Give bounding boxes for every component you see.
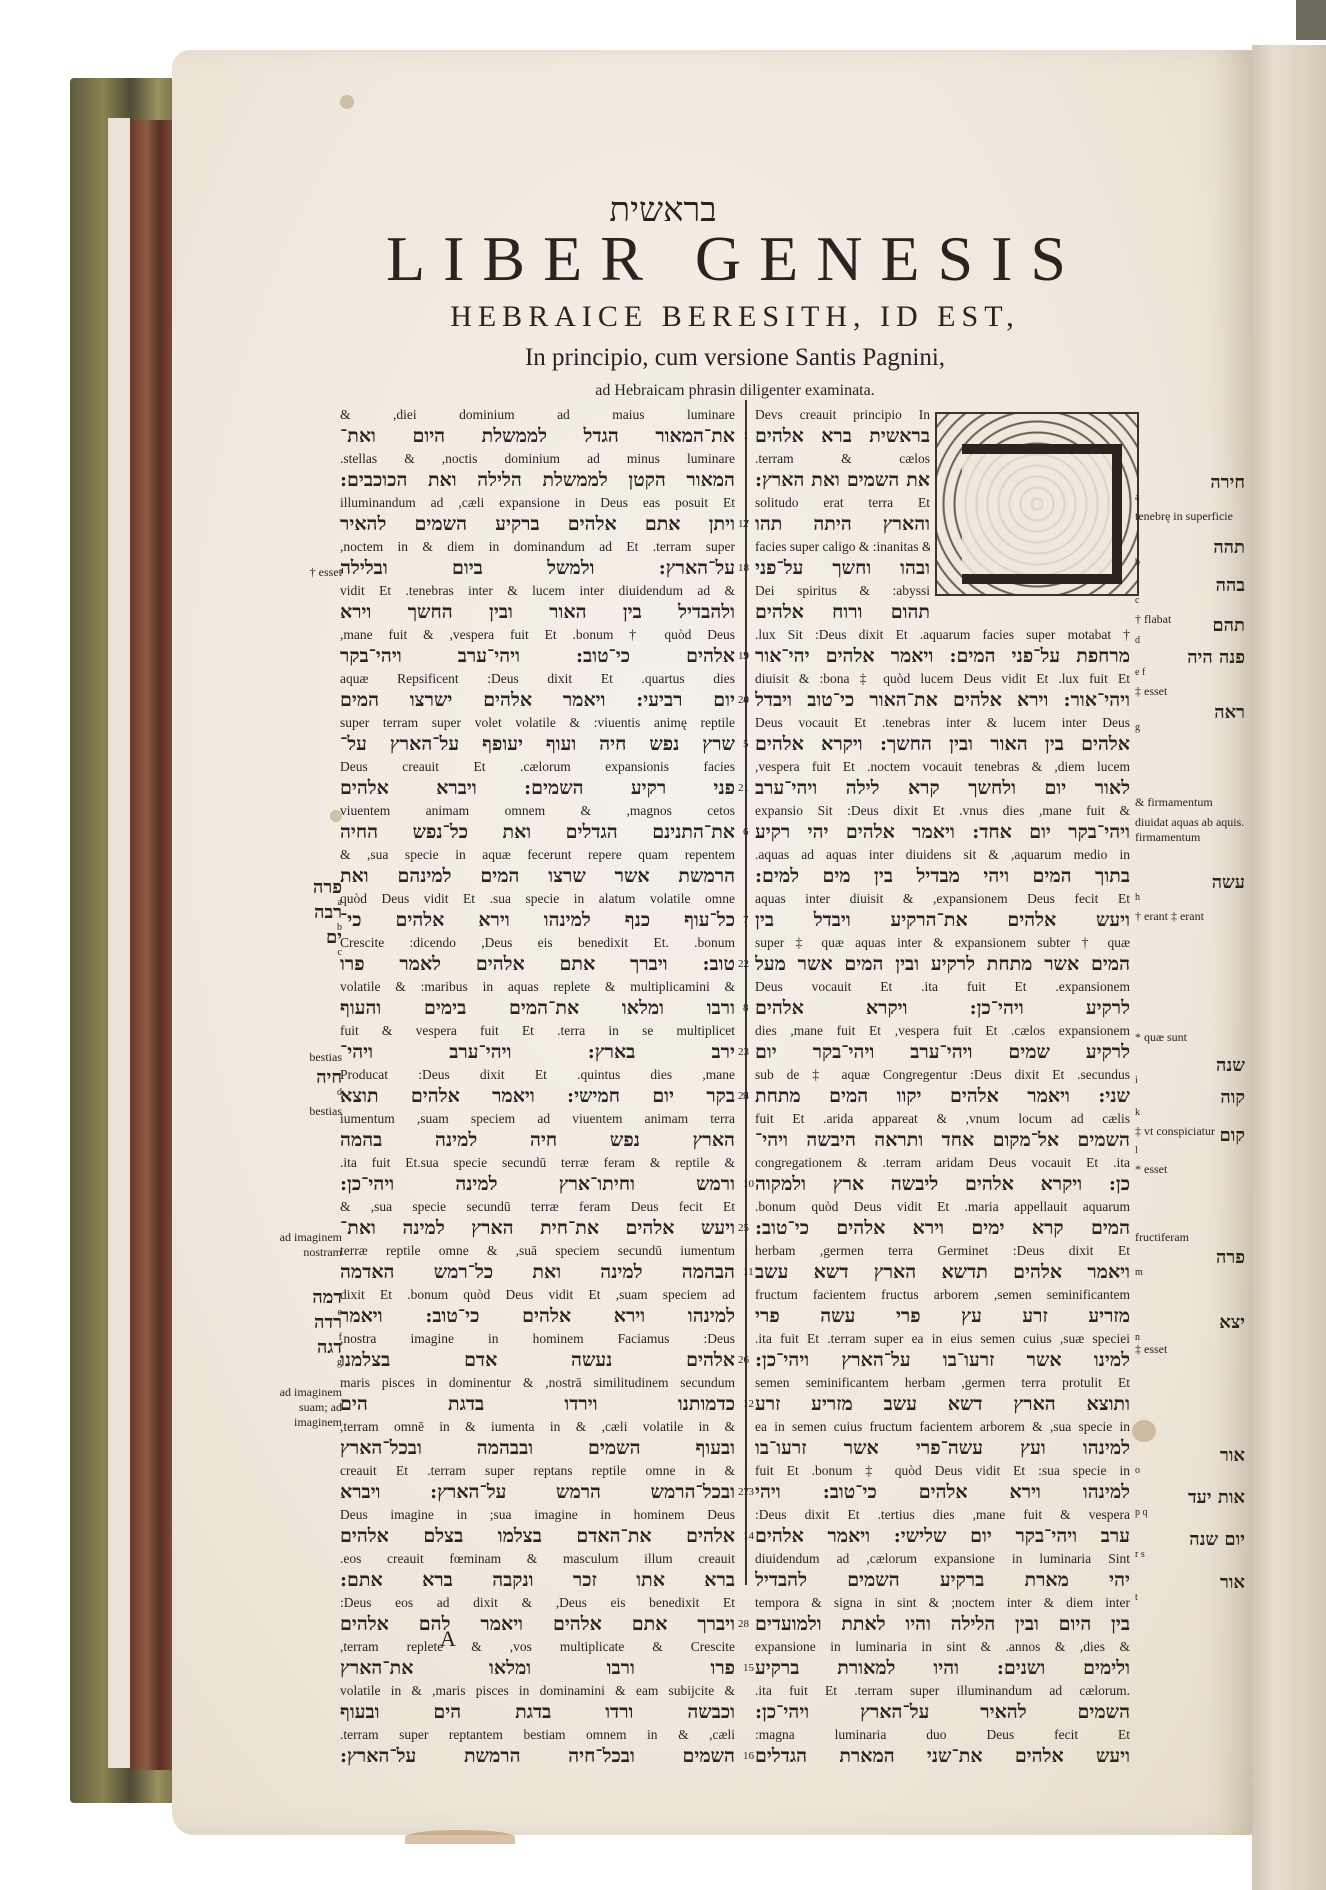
margin-note: יםc [262,930,342,964]
latin-line: Devs creauit principio In [755,405,930,424]
margin-hebrew-root: תהה [1135,540,1245,555]
latin-line: fructum facientem fructus arborem ,semen… [755,1285,1130,1304]
margin-latin-gloss: ad imaginem nostram [262,1230,342,1260]
hebrew-line: מרחפת על־פני המים: ויאמר אלהים יהי־אור [755,644,1130,669]
margin-note: אורo [1135,1448,1245,1482]
latin-line: terræ reptile omne & ,suā speciem secund… [340,1241,735,1260]
hebrew-line: המים אשר מתחת לרקיע ובין המים אשר מעל [755,952,1130,977]
hebrew-line: את השמים ואת הארץ: [755,468,930,493]
latin-line: .ita fuit Et .terram super ea in eius se… [755,1329,1130,1348]
footnote-mark: h [1135,892,1140,903]
margin-latin-gloss: diuidat aquas ab aquis. firmamentum [1135,815,1245,845]
margin-hebrew-root: אור [1135,1448,1245,1463]
verse-number: 8 [743,1002,749,1014]
hebrew-line: ברא אתו זכר ונקבה ברא אתם: [340,1568,735,1593]
hebrew-line: למינו אשר זרעו־בו על־הארץ ויהי־כן: [755,1348,1130,1373]
latin-line: congregationem & .terram aridam Deus voc… [755,1153,1130,1172]
latin-line: .terram & cælos [755,449,930,468]
hebrew-line: למינהו ועץ עשה־פרי אשר זרעו־בו [755,1436,1130,1461]
latin-line: ,terram replete & ,vos multiplicate & Cr… [340,1637,735,1656]
latin-line: Deus vocauit Et .tenebras inter & lucem … [755,713,1130,732]
margin-latin-gloss: * quæ sunt [1135,1030,1245,1045]
latin-line: ,terram omnē in & iumenta in & ,cæli vol… [340,1417,735,1436]
footnote-mark: g [1135,722,1140,733]
hebrew-line: לרקיע שמים ויהי־ערב ויהי־בקר יום [755,1040,1130,1065]
hebrew-line: אלהים בין האור ובין החשך: ויקרא אלהים [755,732,1130,757]
latin-line: .stellas & ,noctis dominium ad minus lum… [340,449,735,468]
margin-hebrew-root: פנה היה [1135,650,1245,665]
hebrew-line: הבהמה למינה ואת כל־רמש האדמה [340,1260,735,1285]
latin-line: aquas inter diuisit & ,expansionem Deus … [755,889,1130,908]
page-edge-red [130,120,172,1770]
margin-hebrew-root: פרה [1135,1250,1245,1265]
page-edge-white [108,118,130,1768]
hebrew-line: יהי מארת ברקיע השמים להבדיל [755,1568,1130,1593]
verse-number: 18 [738,562,749,574]
latin-line: .bonum quòd Deus vidit Et .maria appella… [755,1197,1130,1216]
hebrew-line: המים קרא ימים וירא אלהים כי־טוב: [755,1216,1130,1241]
latin-line: fuit Et .arida appareat & ,vnum locum ad… [755,1109,1130,1128]
latin-line: vidit Et .tenebras inter & lucem inter d… [340,581,735,600]
margin-latin-gloss: bestias [262,1104,342,1119]
hebrew-line: ויהי־אור: וירא אלהים את־האור כי־טוב ויבד… [755,688,1130,713]
verse-number: 9 [743,1090,749,1102]
latin-line: Dei spiritus & :abyssi [755,581,930,600]
latin-line: super ‡ quæ aquas inter & expansionem su… [755,933,1130,952]
hebrew-line: ויעש אלהים את־שני המארת הגדלים [755,1744,1130,1769]
margin-note: fructiferam [1135,1230,1245,1245]
latin-line: aquæ Repsificent :Deus dixit Et .quartus… [340,669,735,688]
latin-line: diuisit & :bona ‡ quòd lucem Deus vidit … [755,669,1130,688]
margin-hebrew-root: רבה [262,905,342,920]
decorated-initial [935,412,1139,596]
verse-number: 16 [743,1750,754,1762]
margin-hebrew-root: עשה [1135,875,1245,890]
margin-note: דגהg [262,1340,342,1374]
hebrew-line: ורבו ומלאו את־המים בימים והעוף [340,996,735,1021]
verse-number: 22 [738,958,749,970]
hebrew-line: בקר יום חמישי: ויאמר אלהים תוצא [340,1084,735,1109]
footnote-mark: i [1135,1075,1138,1086]
margin-note: פנה היהe f‡ esset [1135,650,1245,699]
hebrew-line: בראשית ברא אלהים [755,424,930,449]
margin-latin-gloss: ad imaginem suam; ad imaginem [262,1385,342,1430]
margin-note: ‡ esset [1135,1342,1245,1357]
hebrew-line: ויאמר אלהים תדשא הארץ דשא עשב [755,1260,1130,1285]
margin-latin-gloss: † erant ‡ erant [1135,909,1245,924]
margin-hebrew-root: דגה [262,1340,342,1355]
latin-line: volatile in & ,maris pisces in dominamin… [340,1681,735,1700]
verse-number: 23 [738,1046,749,1058]
margin-hebrew-root: שנה [1135,1058,1245,1073]
verse-number: 14 [743,1530,754,1542]
hebrew-line: השמים ובכל־חיה הרמשת על־הארץ: [340,1744,735,1769]
margin-hebrew-root: קום [1135,1128,1245,1143]
hebrew-line: הרמשת אשר שרצו המים למינהם ואת [340,864,735,889]
latin-line: .ita fuit Et .terram super illuminandum … [755,1681,1130,1700]
hebrew-line: ובעוף השמים ובבהמה ובכל־הארץ [340,1436,735,1461]
verse-number: 7 [743,914,749,926]
latin-line: :Deus dixit Et .tertius dies ,mane fuit … [755,1505,1130,1524]
hebrew-line: כל־עוף כנף למינהו וירא אלהים כי־ [340,908,735,933]
latin-line: Deus imagine in ;sua imagine in hominem … [340,1505,735,1524]
latin-line: iumentum ,suam speciem ad viuentem anima… [340,1109,735,1128]
verse-number: 15 [743,1662,754,1674]
latin-line: :Deus eos ad dixit & ,Deus eis benedixit… [340,1593,735,1612]
margin-latin-gloss: bestias [262,1050,342,1065]
footnote-mark: p q [1135,1507,1148,1518]
margin-note: חירהatenebrę in superficie [1135,475,1245,524]
latin-line: Deus creauit Et .cælorum expansionis fac… [340,757,735,776]
verse-number: 13 [743,1486,754,1498]
verse-number: 6 [743,826,749,838]
hebrew-line: לאור יום ולחשך קרא לילה ויהי־ערב [755,776,1130,801]
hebrew-line: אלהים את־האדם בצלמו בצלם אלהים [340,1524,735,1549]
latin-line: Producat :Deus dixit Et .quintus dies ,m… [340,1065,735,1084]
latin-line: Deus vocauit Et .ita fuit Et .expansione… [755,977,1130,996]
verse-number: 3 [743,650,749,662]
hebrew-line: ויברך אתם אלהים ויאמר להם אלהים [340,1612,735,1637]
hebrew-line: תהום ורוח אלהים [755,600,930,625]
margin-latin-gloss: † esset [262,565,342,580]
water-stain [405,1830,515,1844]
hebrew-line: ירב בארץ: ויהי־ערב ויהי־ [340,1040,735,1065]
latin-line: viuentem animam omnem & ,magnos cetos [340,801,735,820]
verse-number: 28 [738,1618,749,1630]
latin-line: quòd Deus vidit Et .sua specie in alatum… [340,889,735,908]
hebrew-line: כדמותנו וירדו בדגת הים [340,1392,735,1417]
margin-hebrew-root: חירה [1135,475,1245,490]
latin-line: dies ,mane fuit Et ,vespera fuit Et .cæl… [755,1021,1130,1040]
hebrew-line: הארץ נפש חיה למינה בהמה [340,1128,735,1153]
hebrew-line: ויעש אלהים את־הרקיע ויבדל בין [755,908,1130,933]
latin-line: dixit Et .bonum quòd Deus vidit Et ,suam… [340,1285,735,1304]
verse-number: 21 [738,782,749,794]
margin-note: אות יעדp q [1135,1490,1245,1524]
latin-line: creauit Et .terram super reptans reptile… [340,1461,735,1480]
hebrew-line: ותוצא הארץ דשא עשב מזריע זרע [755,1392,1130,1417]
latin-line: sub de ‡ aquæ Congregentur :Deus dixit E… [755,1065,1130,1084]
latin-line: tempora & signa in sint & ;noctem inter … [755,1593,1130,1612]
margin-hebrew-root: ים [262,930,342,945]
latin-line: illuminandum ad ,cæli expansione in Deus… [340,493,735,512]
hebrew-line: המאור הקטן לממשלת הלילה ואת הכוכבים: [340,468,735,493]
book-cover-right [1296,0,1326,40]
latin-line: & ,sua specie in aquæ fecerunt repere qu… [340,845,735,864]
hebrew-line: בין היום ובין הלילה והיו לאתת ולמועדים [755,1612,1130,1637]
margin-note: תההb [1135,540,1245,574]
margin-latin-gloss: & firmamentum [1135,795,1245,810]
subtitle-version: In principio, cum versione Santis Pagnin… [330,344,1140,372]
hebrew-line: בתוך המים ויהי מבדיל בין מים למים: [755,864,1130,889]
hebrew-line: את־התנינם הגדלים ואת כל־נפש החיה [340,820,735,845]
hebrew-line: שרץ נפש חיה ועוף יעופף על־הארץ על־ [340,732,735,757]
latin-line: super terram super volet volatile & :viu… [340,713,735,732]
verse-number: 11 [743,1266,754,1278]
margin-note: קוםl* esset [1135,1128,1245,1177]
footnote-mark: o [1135,1465,1140,1476]
footnote-mark: a [1135,492,1139,503]
footnote-mark: d [337,1087,342,1098]
latin-line: .aquas ad aquas inter diuidens sit & ,aq… [755,845,1130,864]
hebrew-line: ערב ויהי־בקר יום שלישי: ויאמר אלהים [755,1524,1130,1549]
verse-number: 10 [743,1178,754,1190]
hebrew-line: ורמש וחיתו־ארץ למינה ויהי־כן: [340,1172,735,1197]
latin-line: & ,sua specie secundū terræ feram Deus f… [340,1197,735,1216]
facing-page-stack [1252,45,1326,1890]
hebrew-line: והארץ היתה תהו [755,512,930,537]
latin-line: maris pisces in dominentur & ,nostrā sim… [340,1373,735,1392]
latin-line: .terram super reptantem bestiam omnem in… [340,1725,735,1744]
footnote-mark: r s [1135,1549,1145,1560]
margin-hebrew-root: בהה [1135,578,1245,593]
margin-hebrew-root: ראה [1135,705,1245,720]
margin-note: & firmamentum [1135,795,1245,810]
footnote-mark: c [1135,595,1139,606]
margin-note: ראהg [1135,705,1245,739]
signature-mark: A [440,1626,456,1652]
hebrew-line: ולימים ושנים: והיו למאורת ברקיע [755,1656,1130,1681]
margin-hebrew-root: רדה [262,1315,342,1330]
subtitle-note: ad Hebraicam phrasin diligenter examinat… [330,382,1140,400]
latin-line: diuidendum ad ,cælorum expansione in lum… [755,1549,1130,1568]
hebrew-line: יום רביעי: ויאמר אלהים ישרצו המים [340,688,735,713]
footnote-mark: e f [1135,667,1145,678]
latin-line: ,nostra imagine in hominem Faciamus :Deu… [340,1329,735,1348]
margin-hebrew-root: קוה [1135,1090,1245,1105]
margin-latin-gloss: ‡ esset [1135,1342,1245,1357]
hebrew-line: שני: ויאמר אלהים יקוו המים מתחת [755,1084,1130,1109]
latin-line: .lux Sit :Deus dixit Et .aquarum facies … [755,625,1130,644]
latin-line: fuit Et .bonum ‡ quòd Deus vidit Et :sua… [755,1461,1130,1480]
hebrew-line: אלהים כי־טוב: ויהי־ערב ויהי־בקר [340,644,735,669]
foxing-stain [1132,1420,1156,1442]
latin-line: ,noctem in & diem in dominandum ad Et .t… [340,537,735,556]
latin-line: & ,diei dominium ad maius luminare [340,405,735,424]
margin-note: חיהdbestias [262,1070,342,1119]
latin-line: fuit & vespera fuit Et .terra in se mult… [340,1021,735,1040]
margin-latin-gloss: ‡ esset [1135,684,1245,699]
footnote-mark: m [1135,1267,1143,1278]
latin-line: :magna luminaria duo Deus fecit Et [755,1725,1130,1744]
margin-latin-gloss: tenebrę in superficie [1135,509,1245,524]
page-title: LIBER GENESIS [330,222,1140,296]
latin-line: Crescite :dicendo ,Deus eis benedixit Et… [340,933,735,952]
hebrew-line: ובהו וחשך על־פני [755,556,930,581]
right-text-column: Devs creauit principio Inבראשית ברא אלהי… [755,405,1130,1769]
latin-line: expansio Sit :Deus dixit Et .vnus dies ,… [755,801,1130,820]
margin-note: † esset [262,565,342,580]
hebrew-line: מזריע זרע עץ פרי עשה פרי [755,1304,1130,1329]
latin-line: .eos creauit fœminam & masculum illum cr… [340,1549,735,1568]
latin-line: ea in semen cuius fructum facientem arbo… [755,1417,1130,1436]
hebrew-line: ולהבדיל בין האור ובין החשך וירא [340,600,735,625]
margin-hebrew-root: יום שנה [1135,1532,1245,1547]
footnote-mark: l [1135,1145,1138,1156]
hebrew-line: לרקיע ויהי־כן: ויקרא אלהים [755,996,1130,1021]
hebrew-line: טוב: ויברך אתם אלהים לאמר פרו [340,952,735,977]
margin-hebrew-root: אות יעד [1135,1490,1245,1505]
margin-note: ad imaginem suam; ad imaginem [262,1385,342,1430]
hebrew-line: את־המאור הגדל לממשלת היום ואת־ [340,424,735,449]
verse-number: 2 [743,518,749,530]
hebrew-line: השמים אל־מקום אחד ותראה היבשה ויהי־ [755,1128,1130,1153]
margin-hebrew-root: תהם [1135,618,1245,633]
footnote-mark: t [1135,1592,1138,1603]
footnote-mark: b [1135,557,1140,568]
margin-hebrew-root: פרה [262,880,342,895]
margin-note: diuidat aquas ab aquis. firmamentum [1135,815,1245,845]
latin-line: ,vespera fuit Et .noctem vocauit tenebra… [755,757,1130,776]
verse-number: 4 [743,694,749,706]
margin-latin-gloss: * esset [1135,1162,1245,1177]
latin-line: .ita fuit Et.sua specie secundū terræ fe… [340,1153,735,1172]
margin-hebrew-root: דמה [262,1290,342,1305]
verse-number: 25 [738,1222,749,1234]
left-text-column: & ,diei dominium ad maius luminareאת־המא… [340,405,735,1769]
initial-bet-glyph [962,444,1122,584]
verse-number: 26 [738,1354,749,1366]
verse-number: 1 [743,430,749,442]
margin-note: bestias [262,1050,342,1065]
hebrew-line: וכבשה ורדו בדגת הים ובעוף [340,1700,735,1725]
hebrew-line: השמים להאיר על־הארץ ויהי־כן: [755,1700,1130,1725]
margin-note: ad imaginem nostram [262,1230,342,1260]
latin-line: semen seminificantem herbam ,germen terr… [755,1373,1130,1392]
hebrew-line: למינהו וירא אלהים כי־טוב: ויאמר [340,1304,735,1329]
footnote-mark: d [1135,635,1140,646]
margin-hebrew-root: יצא [1135,1315,1245,1330]
latin-line: ,mane fuit & ,vespera fuit Et .bonum † q… [340,625,735,644]
margin-note: אורt [1135,1575,1245,1609]
margin-note: עשהh† erant ‡ erant [1135,875,1245,924]
hebrew-line: פרו ורבו ומלאו את־הארץ [340,1656,735,1681]
latin-line: solitudo erat terra Et [755,493,930,512]
hebrew-line: ויעש אלהים את־חית הארץ למינה ואת־ [340,1216,735,1241]
footnote-mark: k [1135,1107,1140,1118]
hebrew-line: פני רקיע השמים: ויברא אלהים [340,776,735,801]
margin-note: * quæ sunt [1135,1030,1245,1045]
margin-latin-gloss: fructiferam [1135,1230,1245,1245]
footnote-mark: g [337,1357,342,1368]
hebrew-line: ובכל־הרמש הרמש על־הארץ: ויברא [340,1480,735,1505]
margin-hebrew-root: חיה [262,1070,342,1085]
latin-line: expansione in luminaria in sint & .annos… [755,1637,1130,1656]
latin-line: herbam ,germen terra Germinet :Deus dixi… [755,1241,1130,1260]
verse-number: 5 [743,738,749,750]
verse-number: 12 [743,1398,754,1410]
margin-note: יום שנהr s [1135,1532,1245,1566]
hebrew-line: למינהו וירא אלהים כי־טוב: ויהי [755,1480,1130,1505]
footnote-mark: c [338,947,342,958]
hebrew-line: אלהים נעשה אדם בצלמנו [340,1348,735,1373]
margin-note: פרהm [1135,1250,1245,1284]
margin-hebrew-root: אור [1135,1575,1245,1590]
hebrew-line: ויתן אתם אלהים ברקיע השמים להאיר [340,512,735,537]
latin-line: facies super caligo & :inanitas & [755,537,930,556]
latin-line: volatile & :maribus in aquas replete & m… [340,977,735,996]
subtitle: HEBRAICE BERESITH, ID EST, [330,300,1140,334]
hebrew-line: ויהי־בקר יום אחד: ויאמר אלהים יהי רקיע [755,820,1130,845]
foxing-stain [340,95,354,109]
hebrew-line: על־הארץ: ולמשל ביום ובלילה [340,556,735,581]
hebrew-line: כן: ויקרא אלהים ליבשה ארץ ולמקוה [755,1172,1130,1197]
